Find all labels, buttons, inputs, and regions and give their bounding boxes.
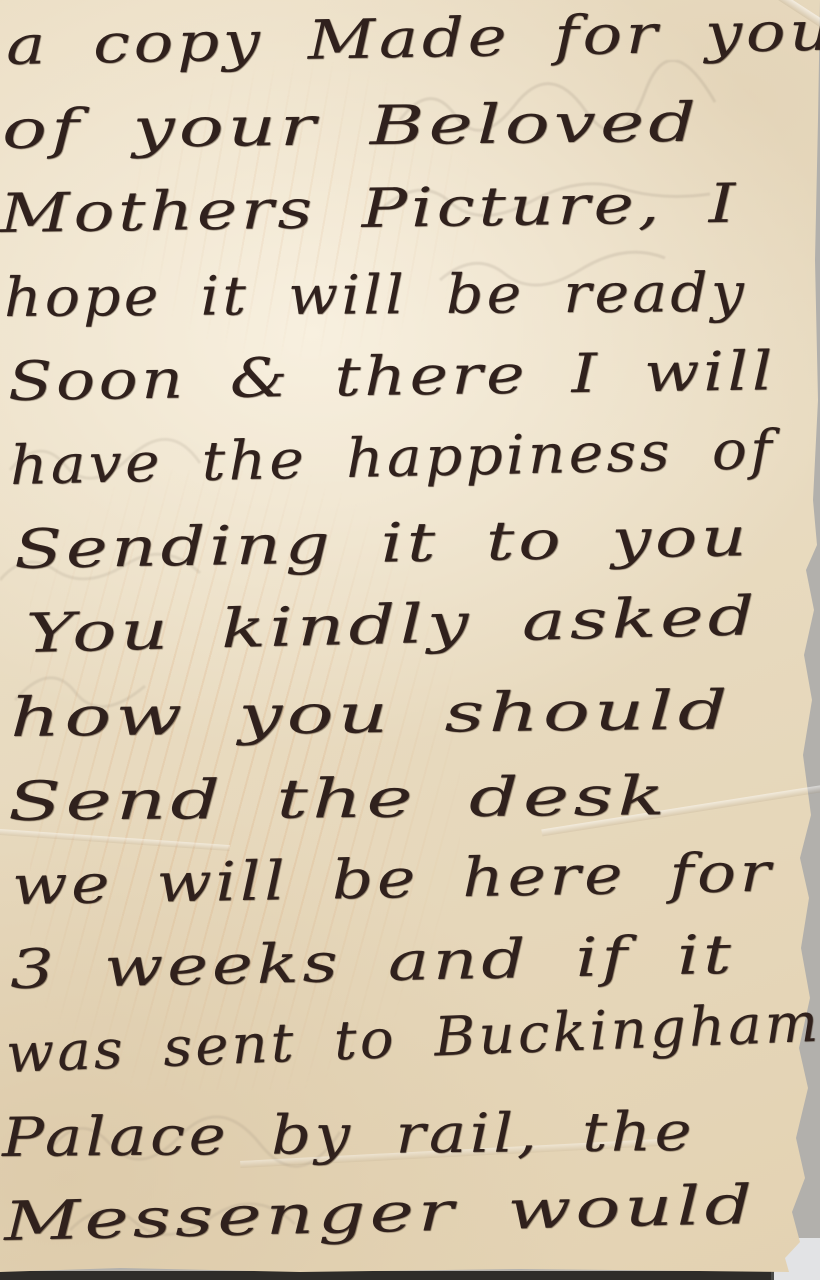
scanner-backdrop-strip [0,1271,820,1280]
letter-line: hope it will be ready [4,250,820,340]
letter-text: a copy Made for you of your Beloved Moth… [0,4,820,1264]
letter-line: a copy Made for you [5,0,820,88]
scanned-letter-page: a copy Made for you of your Beloved Moth… [0,0,820,1280]
letter-line: how you should [10,664,820,760]
letter-line: have the happiness of [9,406,820,508]
letter-line: of your Beloved [2,76,820,172]
letter-line: Mothers Picture, I [0,158,820,256]
letter-line: Send the desk [8,750,820,844]
